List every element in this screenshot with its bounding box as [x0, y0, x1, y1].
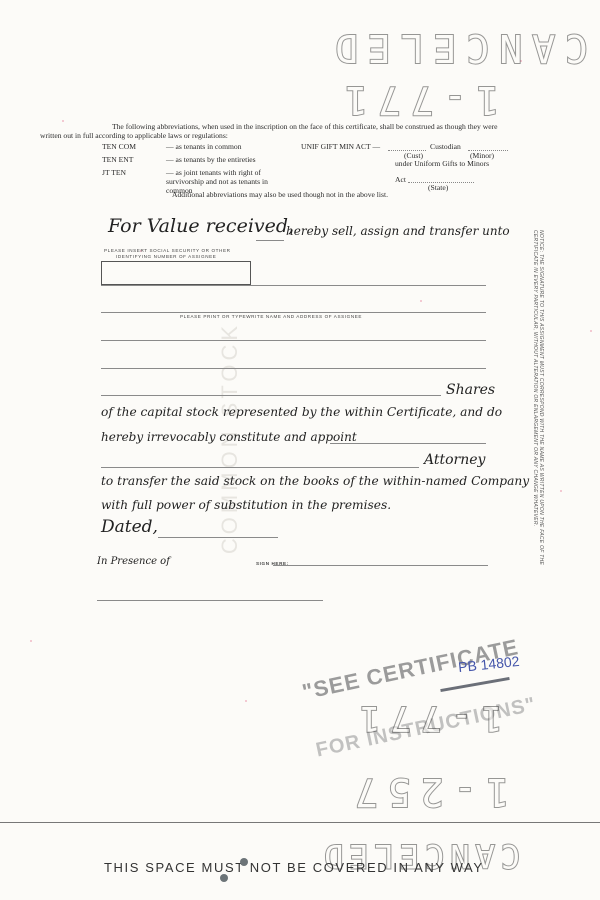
shares-label: Shares	[446, 382, 495, 398]
full-power-text: with full power of substitution in the p…	[101, 498, 391, 512]
signature-notice: NOTICE: THE SIGNATURE TO THIS ASSIGNMENT…	[504, 230, 544, 570]
bottom-divider	[0, 822, 600, 823]
speck	[590, 330, 592, 332]
attorney-label: Attorney	[424, 452, 485, 468]
speck	[245, 700, 247, 702]
unif-gift-label: UNIF GIFT MIN ACT —	[301, 142, 380, 151]
assignee-line-2	[101, 312, 486, 313]
ssn-label-1: PLEASE INSERT SOCIAL SECURITY OR OTHER	[104, 248, 231, 253]
staple-hole	[220, 874, 228, 882]
name-address-label: PLEASE PRINT OR TYPEWRITE NAME AND ADDRE…	[180, 314, 362, 319]
abbr-ten-ent-meaning: — as tenants by the entireties	[166, 155, 256, 164]
stamp-underline	[440, 677, 509, 692]
attorney-line[interactable]	[101, 467, 419, 468]
ssn-input-box[interactable]	[101, 261, 251, 285]
appoint-line[interactable]	[330, 443, 486, 444]
unif-gift-state: (State)	[428, 183, 448, 192]
assignee-line-4[interactable]	[101, 368, 486, 369]
abbreviations-footer: Additional abbreviations may also be use…	[172, 190, 388, 199]
ssn-label-2: IDENTIFYING NUMBER OF ASSIGNEE	[116, 254, 216, 259]
assignee-line-1	[101, 285, 486, 286]
irrevocably-text: hereby irrevocably constitute and appoin…	[101, 430, 357, 444]
shares-line[interactable]	[101, 395, 441, 396]
staple-hole	[240, 858, 248, 866]
perforation-number-top: 1-771	[335, 80, 499, 120]
perforation-canceled-top: CANCELED	[325, 28, 588, 68]
unif-gift-under: under Uniform Gifts to Minors	[395, 159, 489, 168]
speck	[30, 640, 32, 642]
dated-label: Dated,	[101, 517, 158, 537]
speck	[560, 490, 562, 492]
perforation-canceled-mid: 1-771	[350, 698, 502, 738]
abbreviations-intro: The following abbreviations, when used i…	[40, 122, 520, 140]
abbr-ten-com-meaning: — as tenants in common	[166, 142, 242, 151]
witness-line[interactable]	[97, 600, 323, 601]
signature-line[interactable]	[273, 565, 488, 566]
to-transfer-text: to transfer the said stock on the books …	[101, 474, 529, 488]
abbr-ten-ent: TEN ENT	[102, 155, 133, 164]
do-not-cover-notice: THIS SPACE MUST NOT BE COVERED IN ANY WA…	[104, 860, 484, 875]
unif-gift-act: Act	[395, 175, 406, 184]
perforation-number-bottom: 1-257	[345, 772, 509, 812]
capital-stock-text: of the capital stock represented by the …	[101, 405, 502, 419]
assignee-line-3[interactable]	[101, 340, 486, 341]
unif-gift-custodian: Custodian	[430, 142, 461, 151]
dated-line[interactable]	[158, 537, 278, 538]
for-value-rule	[256, 240, 284, 241]
in-presence-of: In Presence of	[97, 556, 170, 567]
for-value-received: For Value received,	[108, 215, 294, 237]
abbr-jt-ten: JT TEN	[102, 168, 126, 177]
abbr-ten-com: TEN COM	[102, 142, 136, 151]
hereby-sell-text: hereby sell, assign and transfer unto	[286, 224, 510, 238]
speck	[420, 300, 422, 302]
